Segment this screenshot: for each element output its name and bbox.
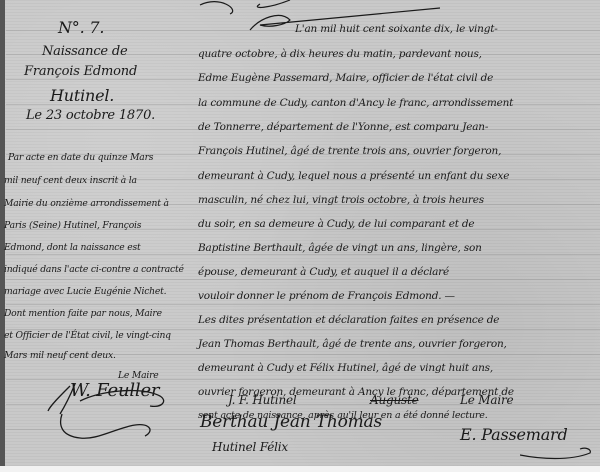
mayor-signature: E. Passemard [460,425,568,444]
body-line: Les dites présentation et déclaration fa… [198,314,499,326]
margin-note-line: Dont mention faite par nous, Maire [4,308,162,319]
margin-note-line: mariage avec Lucie Eugénie Nichet. [4,286,166,297]
father-signature: J. F. Hutinel [228,393,297,407]
margin-given-names: François Edmond [24,64,137,79]
margin-title: Naissance de [42,44,127,59]
ruled-line [6,304,600,305]
margin-note-line: Edmond, dont la naissance est [4,242,140,253]
struck-word: Auguste [370,393,419,407]
margin-note-line: indiqué dans l'acte ci-contre a contract… [4,264,184,275]
body-line: quatre octobre, à dix heures du matin, p… [198,48,482,60]
body-line: L'an mil huit cent soixante dix, le ving… [295,23,498,35]
ruled-line [6,279,600,280]
body-line: épouse, demeurant à Cudy, et auquel il a… [198,266,449,278]
witness2-signature: Hutinel Félix [212,440,288,454]
margin-note-line: et Officier de l'État civil, le vingt-ci… [4,330,171,341]
mayor-label: Le Maire [460,393,513,407]
margin-note-line: Mairie du onzième arrondissement à [4,198,169,209]
body-line: demeurant à Cudy et Félix Hutinel, âgé d… [198,362,493,374]
ruled-line [6,254,600,255]
body-line: de Tonnerre, département de l'Yonne, est… [198,121,488,133]
body-line: Baptistine Berthault, âgée de vingt un a… [198,242,482,254]
margin-note-line: Mars mil neuf cent deux. [4,350,116,361]
margin-note-signature: W. Feuller [70,380,159,401]
signature-flourish-icon [520,445,595,465]
margin-note-line: mil neuf cent deux inscrit à la [4,175,137,186]
entry-number: N°. 7. [58,18,104,37]
body-line: Edme Eugène Passemard, Maire, officier d… [198,72,493,84]
body-line: demeurant à Cudy, lequel nous a présenté… [198,170,509,182]
margin-note-line: Par acte en date du quinze Mars [8,152,153,163]
register-page: N°. 7. Naissance de François Edmond Huti… [0,0,600,466]
margin-note-line: Paris (Seine) Hutinel, François [4,220,141,231]
body-line: du soir, en sa demeure à Cudy, de lui co… [198,218,474,230]
margin-date: Le 23 octobre 1870. [26,108,155,123]
body-line: la commune de Cudy, canton d'Ancy le fra… [198,97,513,109]
witness1-signature: Berthau Jean Thomas [200,412,382,432]
page-binding-edge [0,0,5,466]
margin-surname: Hutinel. [50,86,114,105]
body-line: François Hutinel, âgé de trente trois an… [198,145,501,157]
body-line: vouloir donner le prénom de François Edm… [198,290,455,302]
body-line: Jean Thomas Berthault, âgé de trente ans… [198,338,507,350]
body-line: masculin, né chez lui, vingt trois octob… [198,194,484,206]
